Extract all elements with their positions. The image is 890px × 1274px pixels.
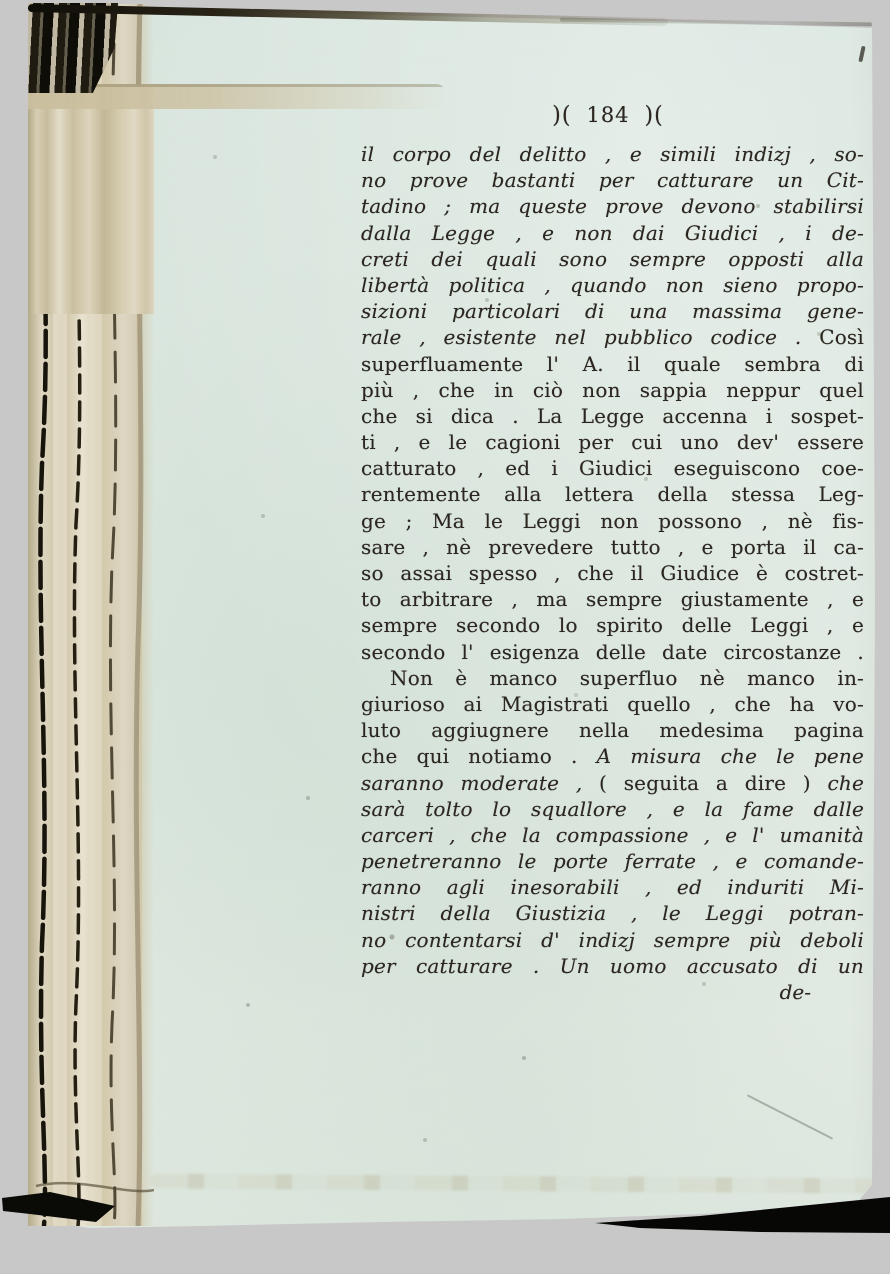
text-line: no contentarsi d' indizj sempre più debo…: [361, 927, 864, 953]
text-line: ge ; Ma le Leggi non possono , nè fis-: [361, 508, 864, 534]
text-segment: sempre secondo lo spirito delle Leggi , …: [361, 613, 864, 637]
header-ornament-left: )(: [552, 102, 571, 128]
text-line: il corpo del delitto , e simili indizj ,…: [361, 141, 864, 167]
text-line: rentemente alla lettera della stessa Leg…: [361, 481, 864, 507]
text-segment: sare , nè prevedere tutto , e porta il c…: [361, 535, 864, 559]
paper-stain: [150, 1173, 876, 1193]
text-line: che si dica . La Legge accenna i sospet-: [361, 403, 864, 429]
text-line: nistri della Giustizia , le Leggi potran…: [361, 900, 864, 926]
text-segment: libertà politica , quando non sieno prop…: [361, 273, 864, 297]
text-line: carceri , che la compassione , e l' uman…: [361, 822, 864, 848]
text-line: sarà tolto lo squallore , e la fame dall…: [361, 796, 864, 822]
text-line: più , che in ciò non sappia neppur quel: [361, 377, 864, 403]
text-line: sempre secondo lo spirito delle Leggi , …: [361, 612, 864, 638]
text-line: secondo l' esigenza delle date circostan…: [361, 639, 864, 665]
text-line: Non è manco superfluo nè manco in-: [361, 665, 864, 691]
text-line: libertà politica , quando non sieno prop…: [361, 272, 864, 298]
text-segment: nistri della Giustizia , le Leggi potran…: [361, 901, 864, 925]
text-line: creti dei quali sono sempre opposti alla: [361, 246, 864, 272]
text-segment: per catturare . Un uomo accusato di un: [361, 954, 864, 978]
text-line: ranno agli inesorabili , ed induriti Mi-: [361, 874, 864, 900]
text-segment: più , che in ciò non sappia neppur quel: [361, 378, 864, 402]
text-segment: rentemente alla lettera della stessa Leg…: [361, 482, 864, 506]
catchword: de-: [361, 980, 811, 1004]
text-line: sare , nè prevedere tutto , e porta il c…: [361, 534, 864, 560]
text-line: penetreranno le porte ferrate , e comand…: [361, 848, 864, 874]
scratch-mark: [747, 1094, 833, 1139]
text-segment: penetreranno le porte ferrate , e comand…: [361, 849, 864, 873]
text-segment: tadino ; ma queste prove devono stabilir…: [361, 194, 864, 218]
text-segment: che: [827, 771, 864, 795]
page-number: 184: [586, 103, 629, 127]
text-segment: superfluamente l' A. il quale sembra di: [361, 352, 864, 376]
text-line: catturato , ed i Giudici eseguiscono coe…: [361, 455, 864, 481]
text-line: tadino ; ma queste prove devono stabilir…: [361, 193, 864, 219]
text-segment: no contentarsi d' indizj sempre più debo…: [361, 928, 864, 952]
text-segment: creti dei quali sono sempre opposti alla: [361, 247, 864, 271]
text-segment: ti , e le cagioni per cui uno dev' esser…: [361, 430, 864, 454]
text-segment: so assai spesso , che il Giudice è costr…: [361, 561, 864, 585]
text-line: per catturare . Un uomo accusato di un: [361, 953, 864, 979]
text-line: che qui notiamo . A misura che le pene: [361, 743, 864, 769]
text-segment: A misura che le pene: [597, 744, 864, 768]
text-segment: sarà tolto lo squallore , e la fame dall…: [361, 797, 864, 821]
text-line: ti , e le cagioni per cui uno dev' esser…: [361, 429, 864, 455]
text-segment: giurioso ai Magistrati quello , che ha v…: [361, 692, 864, 716]
text-segment: secondo l' esigenza delle date circostan…: [361, 640, 864, 664]
paper-speckles: [0, 0, 2, 2]
text-line: no prove bastanti per catturare un Cit-: [361, 167, 864, 193]
text-segment: no prove bastanti per catturare un Cit-: [361, 168, 864, 192]
text-line: superfluamente l' A. il quale sembra di: [361, 351, 864, 377]
text-segment: ranno agli inesorabili , ed induriti Mi-: [361, 875, 864, 899]
text-segment: rale , esistente nel pubblico codice .: [361, 325, 819, 349]
running-head: )( 184 )(: [508, 103, 708, 128]
text-segment: ( seguita a dire ): [599, 771, 827, 795]
text-segment: che qui notiamo .: [361, 744, 597, 768]
text-line: rale , esistente nel pubblico codice . C…: [361, 324, 864, 350]
text-line: luto aggiugnere nella medesima pagina: [361, 717, 864, 743]
text-segment: carceri , che la compassione , e l' uman…: [361, 823, 864, 847]
header-ornament-right: )(: [645, 102, 664, 128]
text-line: so assai spesso , che il Giudice è costr…: [361, 560, 864, 586]
text-segment: che si dica . La Legge accenna i sospet-: [361, 404, 864, 428]
text-segment: luto aggiugnere nella medesima pagina: [361, 718, 864, 742]
text-segment: catturato , ed i Giudici eseguiscono coe…: [361, 456, 864, 480]
text-segment: il corpo del delitto , e simili indizj ,…: [361, 142, 864, 166]
text-line: to arbitrare , ma sempre giustamente , e: [361, 586, 864, 612]
text-segment: Così: [819, 325, 864, 349]
text-segment: Non è manco superfluo nè manco in-: [390, 666, 864, 690]
text-segment: to arbitrare , ma sempre giustamente , e: [361, 587, 864, 611]
text-line: dalla Legge , e non dai Giudici , i de-: [361, 220, 864, 246]
text-block: il corpo del delitto , e simili indizj ,…: [361, 141, 864, 979]
text-segment: saranno moderate ,: [361, 771, 599, 795]
scan-smear-vertical: [28, 86, 154, 314]
scanned-book-photo: )( 184 )( il corpo del delitto , e simil…: [0, 0, 890, 1274]
text-line: saranno moderate , ( seguita a dire ) ch…: [361, 770, 864, 796]
text-segment: dalla Legge , e non dai Giudici , i de-: [361, 221, 864, 245]
text-segment: sizioni particolari di una massima gene-: [361, 299, 864, 323]
text-segment: ge ; Ma le Leggi non possono , nè fis-: [361, 509, 864, 533]
text-line: sizioni particolari di una massima gene-: [361, 298, 864, 324]
text-line: giurioso ai Magistrati quello , che ha v…: [361, 691, 864, 717]
